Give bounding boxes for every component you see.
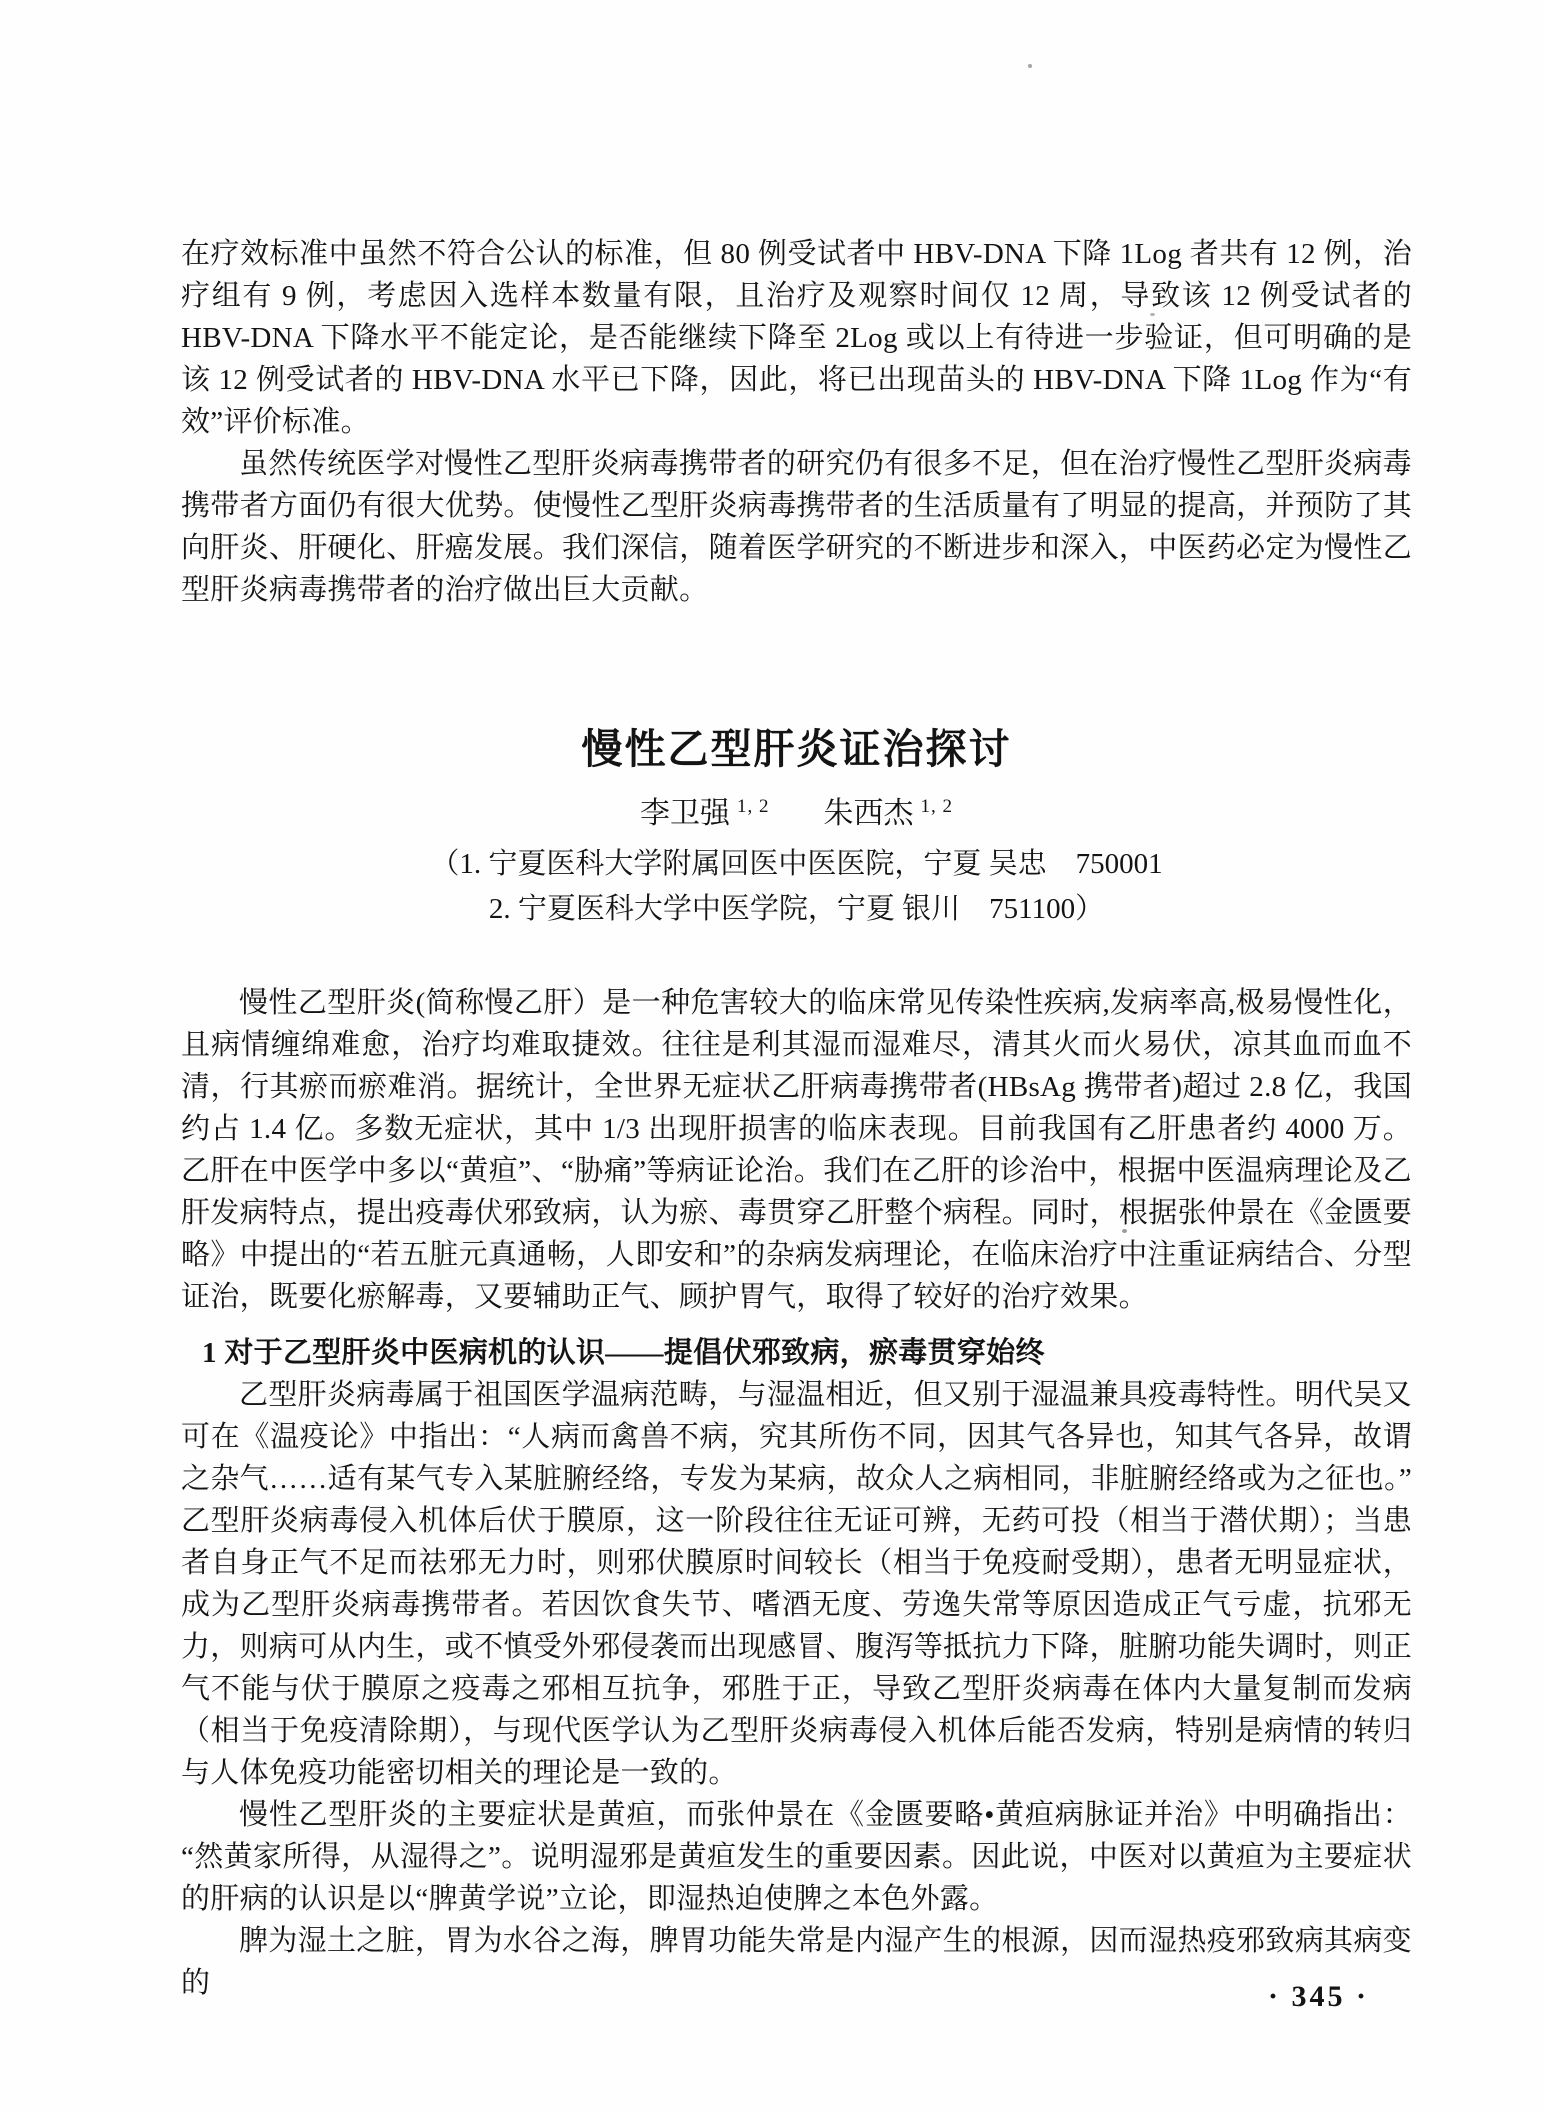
author-1-superscript: 1, 2: [737, 796, 770, 817]
scan-speck: [1028, 64, 1032, 68]
author-line: 李卫强1, 2朱西杰1, 2: [181, 787, 1412, 834]
author-2-superscript: 1, 2: [921, 796, 954, 817]
section-1-heading: 1 对于乙型肝炎中医病机的认识——提倡伏邪致病，瘀毒贯穿始终: [181, 1332, 1412, 1374]
scanned-paper-page: { "page": { "background": "#fefefe", "in…: [0, 0, 1544, 2113]
article-title: 慢性乙型肝炎证治探讨: [181, 723, 1412, 775]
intro-paragraph: 慢性乙型肝炎(简称慢乙肝）是一种危害较大的临床常见传染性疾病,发病率高,极易慢性…: [181, 982, 1412, 1318]
section-1-paragraph-2: 慢性乙型肝炎的主要症状是黄疸，而张仲景在《金匮要略•黄疸病脉证并治》中明确指出：…: [181, 1794, 1412, 1920]
author-1-name: 李卫强: [640, 797, 730, 830]
scan-speck: [757, 1865, 763, 1869]
scan-speck: [1150, 313, 1155, 316]
author-1: 李卫强1, 2: [640, 797, 770, 830]
affiliations: （1. 宁夏医科大学附属回医中医医院，宁夏 吴忠 750001 2. 宁夏医科大…: [181, 842, 1412, 932]
page-number: · 345 ·: [1268, 1980, 1369, 2014]
page-content: 在疗效标准中虽然不符合公认的标准，但 80 例受试者中 HBV-DNA 下降 1…: [181, 233, 1412, 2004]
section-1-paragraph-1: 乙型肝炎病毒属于祖国医学温病范畴，与湿温相近，但又别于湿温兼具疫毒特性。明代吴又…: [181, 1374, 1412, 1794]
affiliation-line-2: 2. 宁夏医科大学中医学院，宁夏 银川 751100）: [181, 887, 1412, 932]
scan-speck: [1122, 1229, 1127, 1233]
affiliation-line-1: （1. 宁夏医科大学附属回医中医医院，宁夏 吴忠 750001: [181, 842, 1412, 887]
continuation-paragraph-2: 虽然传统医学对慢性乙型肝炎病毒携带者的研究仍有很多不足，但在治疗慢性乙型肝炎病毒…: [181, 443, 1412, 611]
author-2-name: 朱西杰: [824, 797, 914, 830]
author-2: 朱西杰1, 2: [824, 797, 954, 830]
continuation-paragraph-1: 在疗效标准中虽然不符合公认的标准，但 80 例受试者中 HBV-DNA 下降 1…: [181, 233, 1412, 443]
section-1-paragraph-3: 脾为湿土之脏，胃为水谷之海，脾胃功能失常是内湿产生的根源，因而湿热疫邪致病其病变…: [181, 1920, 1412, 2004]
